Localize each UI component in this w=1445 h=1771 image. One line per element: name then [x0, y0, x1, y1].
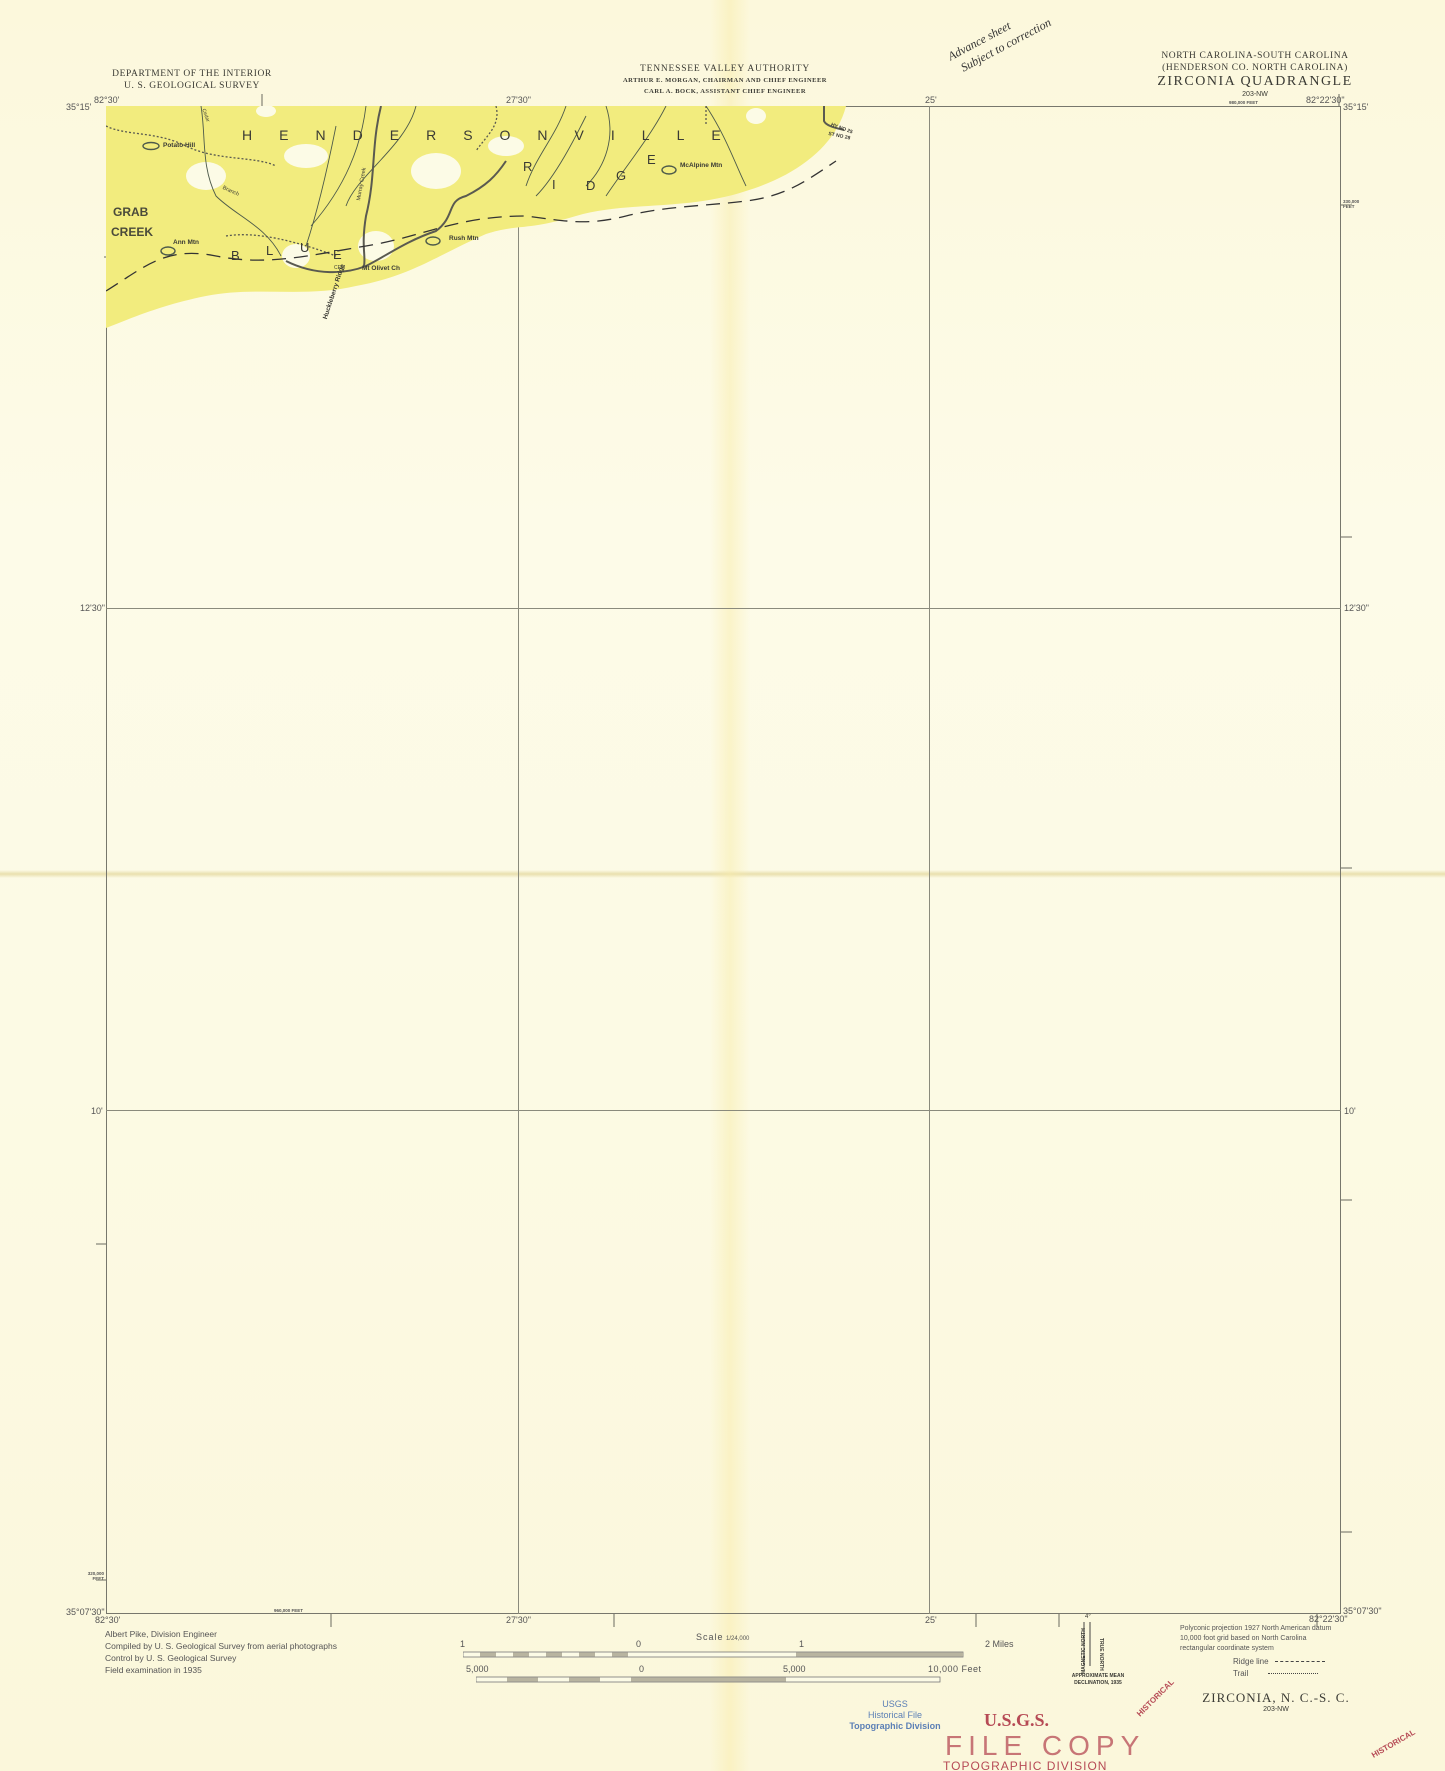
credit-line: Compiled by U. S. Geological Survey from…: [105, 1640, 337, 1652]
label-grab: GRAB: [113, 205, 148, 219]
credits: Albert Pike, Division Engineer Compiled …: [105, 1628, 337, 1676]
declination-diagram: 4° TRUE NORTH MAGNETIC NORTH APPROXIMATE…: [1060, 1614, 1140, 1694]
scale-word: Scale: [696, 1632, 724, 1642]
scale-ratio: 1/24,000: [726, 1636, 749, 1642]
magnetic-north-label: MAGNETIC NORTH: [1081, 1628, 1087, 1674]
label-rush-mtn: Rush Mtn: [449, 235, 479, 242]
scale-mile-2: 2 Miles: [985, 1639, 1014, 1649]
letter: D: [353, 127, 390, 143]
note-line: rectangular coordinate system: [1180, 1644, 1331, 1654]
letter: L: [642, 127, 677, 143]
label-blue-b: B: [231, 248, 240, 263]
miles-bar: [463, 1651, 983, 1659]
note-line: 10,000 foot grid based on North Carolina: [1180, 1634, 1331, 1644]
label-mcalpine-mtn: McAlpine Mtn: [680, 162, 722, 169]
scale-mile-1-left: 1: [460, 1639, 465, 1649]
letter: S: [463, 127, 499, 143]
label-mt-olivet-ch: Mt Olivet Ch: [362, 265, 400, 272]
stamp-topographic-division: TOPOGRAPHIC DIVISION: [943, 1759, 1107, 1771]
scale-feet-5000: 5,000: [783, 1664, 806, 1674]
true-north-label: TRUE NORTH: [1098, 1638, 1104, 1671]
credit-line: Albert Pike, Division Engineer: [105, 1628, 337, 1640]
letter: E: [390, 127, 426, 143]
letter: H: [242, 127, 279, 143]
stamp-line: Topographic Division: [840, 1721, 950, 1732]
label-ridge-g: G: [616, 168, 626, 183]
label-ridge-i: I: [552, 177, 556, 192]
letter: E: [279, 127, 315, 143]
sheet-name: ZIRCONIA, N. C.-S. C.: [1196, 1690, 1356, 1706]
stamp-usgs: U.S.G.S.: [984, 1710, 1049, 1731]
label-blue-l: L: [266, 243, 273, 258]
legend-label: Trail: [1233, 1669, 1248, 1678]
legend-item-trail: Trail: [1233, 1668, 1325, 1680]
declination-caption-1: APPROXIMATE MEAN: [1058, 1673, 1138, 1680]
label-ridge-d: D: [586, 178, 595, 193]
label-blue-u: U: [300, 240, 309, 255]
letter: O: [500, 127, 538, 143]
projection-notes: Polyconic projection 1927 North American…: [1180, 1624, 1331, 1654]
letter: L: [677, 127, 712, 143]
feet-bar: [476, 1676, 956, 1684]
credit-line: Control by U. S. Geological Survey: [105, 1652, 337, 1664]
label-ridge-r: R: [523, 159, 532, 174]
scale-mile-1: 1: [799, 1639, 804, 1649]
stamp-file-copy: FILE COPY: [945, 1730, 1145, 1762]
legend-item-ridge: Ridge line: [1233, 1656, 1325, 1668]
letter: E: [711, 127, 747, 143]
scale-feet-10000: 10,000 Feet: [928, 1664, 982, 1674]
ridge-line-swatch: [1275, 1661, 1325, 1662]
scale-mile-0: 0: [636, 1639, 641, 1649]
trail-swatch: [1268, 1673, 1318, 1674]
label-potato-hill: Potato Hill: [163, 142, 195, 149]
stamp-usgs-historical-file: USGS Historical File Topographic Divisio…: [840, 1699, 950, 1732]
sheet-name-block: ZIRCONIA, N. C.-S. C. 203-NW: [1196, 1690, 1356, 1713]
legend: Ridge line Trail: [1233, 1656, 1325, 1680]
scale-title: Scale 1/24,000: [696, 1632, 749, 1642]
credit-line: Field examination in 1935: [105, 1664, 337, 1676]
letter: R: [426, 127, 463, 143]
scale-bar: Scale 1/24,000 1 0 1 2 Miles 5,000 0 5,0…: [463, 1630, 1003, 1690]
letter: I: [611, 127, 642, 143]
letter: V: [575, 127, 611, 143]
scale-feet-0: 0: [639, 1664, 644, 1674]
note-line: Polyconic projection 1927 North American…: [1180, 1624, 1331, 1634]
sheet-code: 203-NW: [1196, 1706, 1356, 1713]
label-blue-e: E: [333, 247, 342, 262]
label-ridge-e: E: [647, 152, 656, 167]
label-ann-mtn: Ann Mtn: [173, 239, 199, 246]
letter: N: [537, 127, 574, 143]
stamp-line: USGS: [840, 1699, 950, 1710]
declination-caption-2: DECLINATION, 1935: [1058, 1680, 1138, 1687]
letter: N: [315, 127, 352, 143]
stamp-line: Historical File: [840, 1710, 950, 1721]
scale-feet-5000-left: 5,000: [466, 1664, 489, 1674]
label-hendersonville: HENDERSONVILLE: [242, 127, 748, 143]
label-creek: CREEK: [111, 225, 153, 239]
declination-caption: APPROXIMATE MEAN DECLINATION, 1935: [1058, 1673, 1138, 1687]
legend-label: Ridge line: [1233, 1657, 1269, 1666]
